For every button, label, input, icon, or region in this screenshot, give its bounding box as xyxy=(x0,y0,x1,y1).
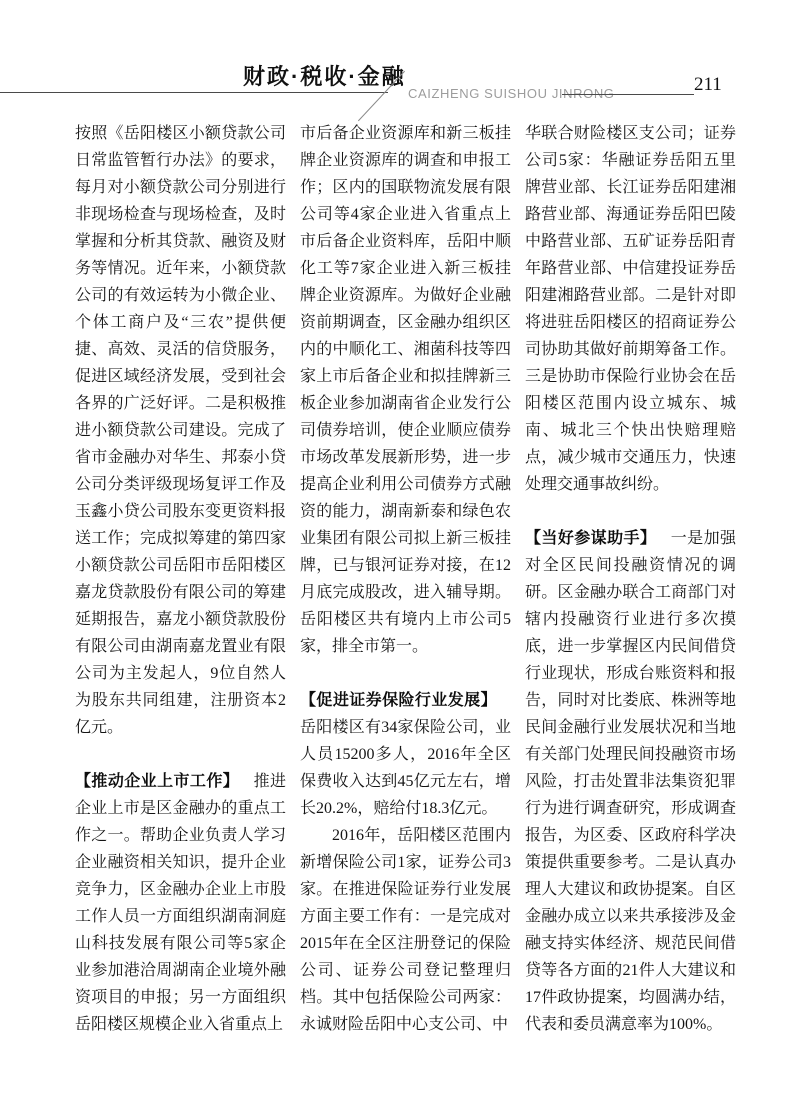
paragraph: 2016年，岳阳楼区范围内新增保险公司1家，证券公司3家。在推进保险证券行业发展… xyxy=(300,822,511,1038)
page-number: 211 xyxy=(694,74,722,96)
section-heading: 【促进证券保险行业发展】 xyxy=(300,692,497,709)
section-paragraph: 【促进证券保险行业发展】岳阳楼区有34家保险公司，业人员15200多人，2016… xyxy=(300,687,511,822)
text-column-1: 按照《岳阳楼区小额贷款公司日常监管暂行办法》的要求，每月对小额贷款公司分别进行非… xyxy=(75,120,286,1060)
section-text: 推进企业上市是区金融办的重点工作之一。帮助企业负责人学习企业融资相关知识，提升企… xyxy=(75,773,286,1033)
page-header: 财政·税收·金融 CAIZHENG SUISHOU JINRONG 211 xyxy=(0,0,805,110)
text-column-3: 华联合财险楼区支公司；证券公司5家：华融证券岳阳五里牌营业部、长江证券岳阳建湘路… xyxy=(525,120,736,1060)
section-heading: 【推动企业上市工作】 xyxy=(75,773,239,790)
section-text: 一是加强对全区民间投融资情况的调研。区金融办联合工商部门对辖内投融资行业进行多次… xyxy=(525,530,736,1033)
section-paragraph: 【推动企业上市工作】推进企业上市是区金融办的重点工作之一。帮助企业负责人学习企业… xyxy=(75,768,286,1038)
page-title: 财政·税收·金融 xyxy=(243,60,406,91)
section-heading: 【当好参谋助手】 xyxy=(525,530,656,547)
paragraph: 华联合财险楼区支公司；证券公司5家：华融证券岳阳五里牌营业部、长江证券岳阳建湘路… xyxy=(525,120,736,498)
header-rule-left xyxy=(0,92,388,93)
paragraph: 市后备企业资源库和新三板挂牌企业资源库的调查和申报工作；区内的国联物流发展有限公… xyxy=(300,120,511,660)
document-page: 财政·税收·金融 CAIZHENG SUISHOU JINRONG 211 按照… xyxy=(0,0,805,1099)
text-column-2: 市后备企业资源库和新三板挂牌企业资源库的调查和申报工作；区内的国联物流发展有限公… xyxy=(300,120,511,1060)
paragraph: 按照《岳阳楼区小额贷款公司日常监管暂行办法》的要求，每月对小额贷款公司分别进行非… xyxy=(75,120,286,741)
article-columns: 按照《岳阳楼区小额贷款公司日常监管暂行办法》的要求，每月对小额贷款公司分别进行非… xyxy=(75,120,736,1060)
header-rule-right xyxy=(562,94,694,95)
section-paragraph: 【当好参谋助手】一是加强对全区民间投融资情况的调研。区金融办联合工商部门对辖内投… xyxy=(525,525,736,1038)
section-text: 岳阳楼区有34家保险公司，业人员15200多人，2016年全区保费收入达到45亿… xyxy=(300,719,511,817)
